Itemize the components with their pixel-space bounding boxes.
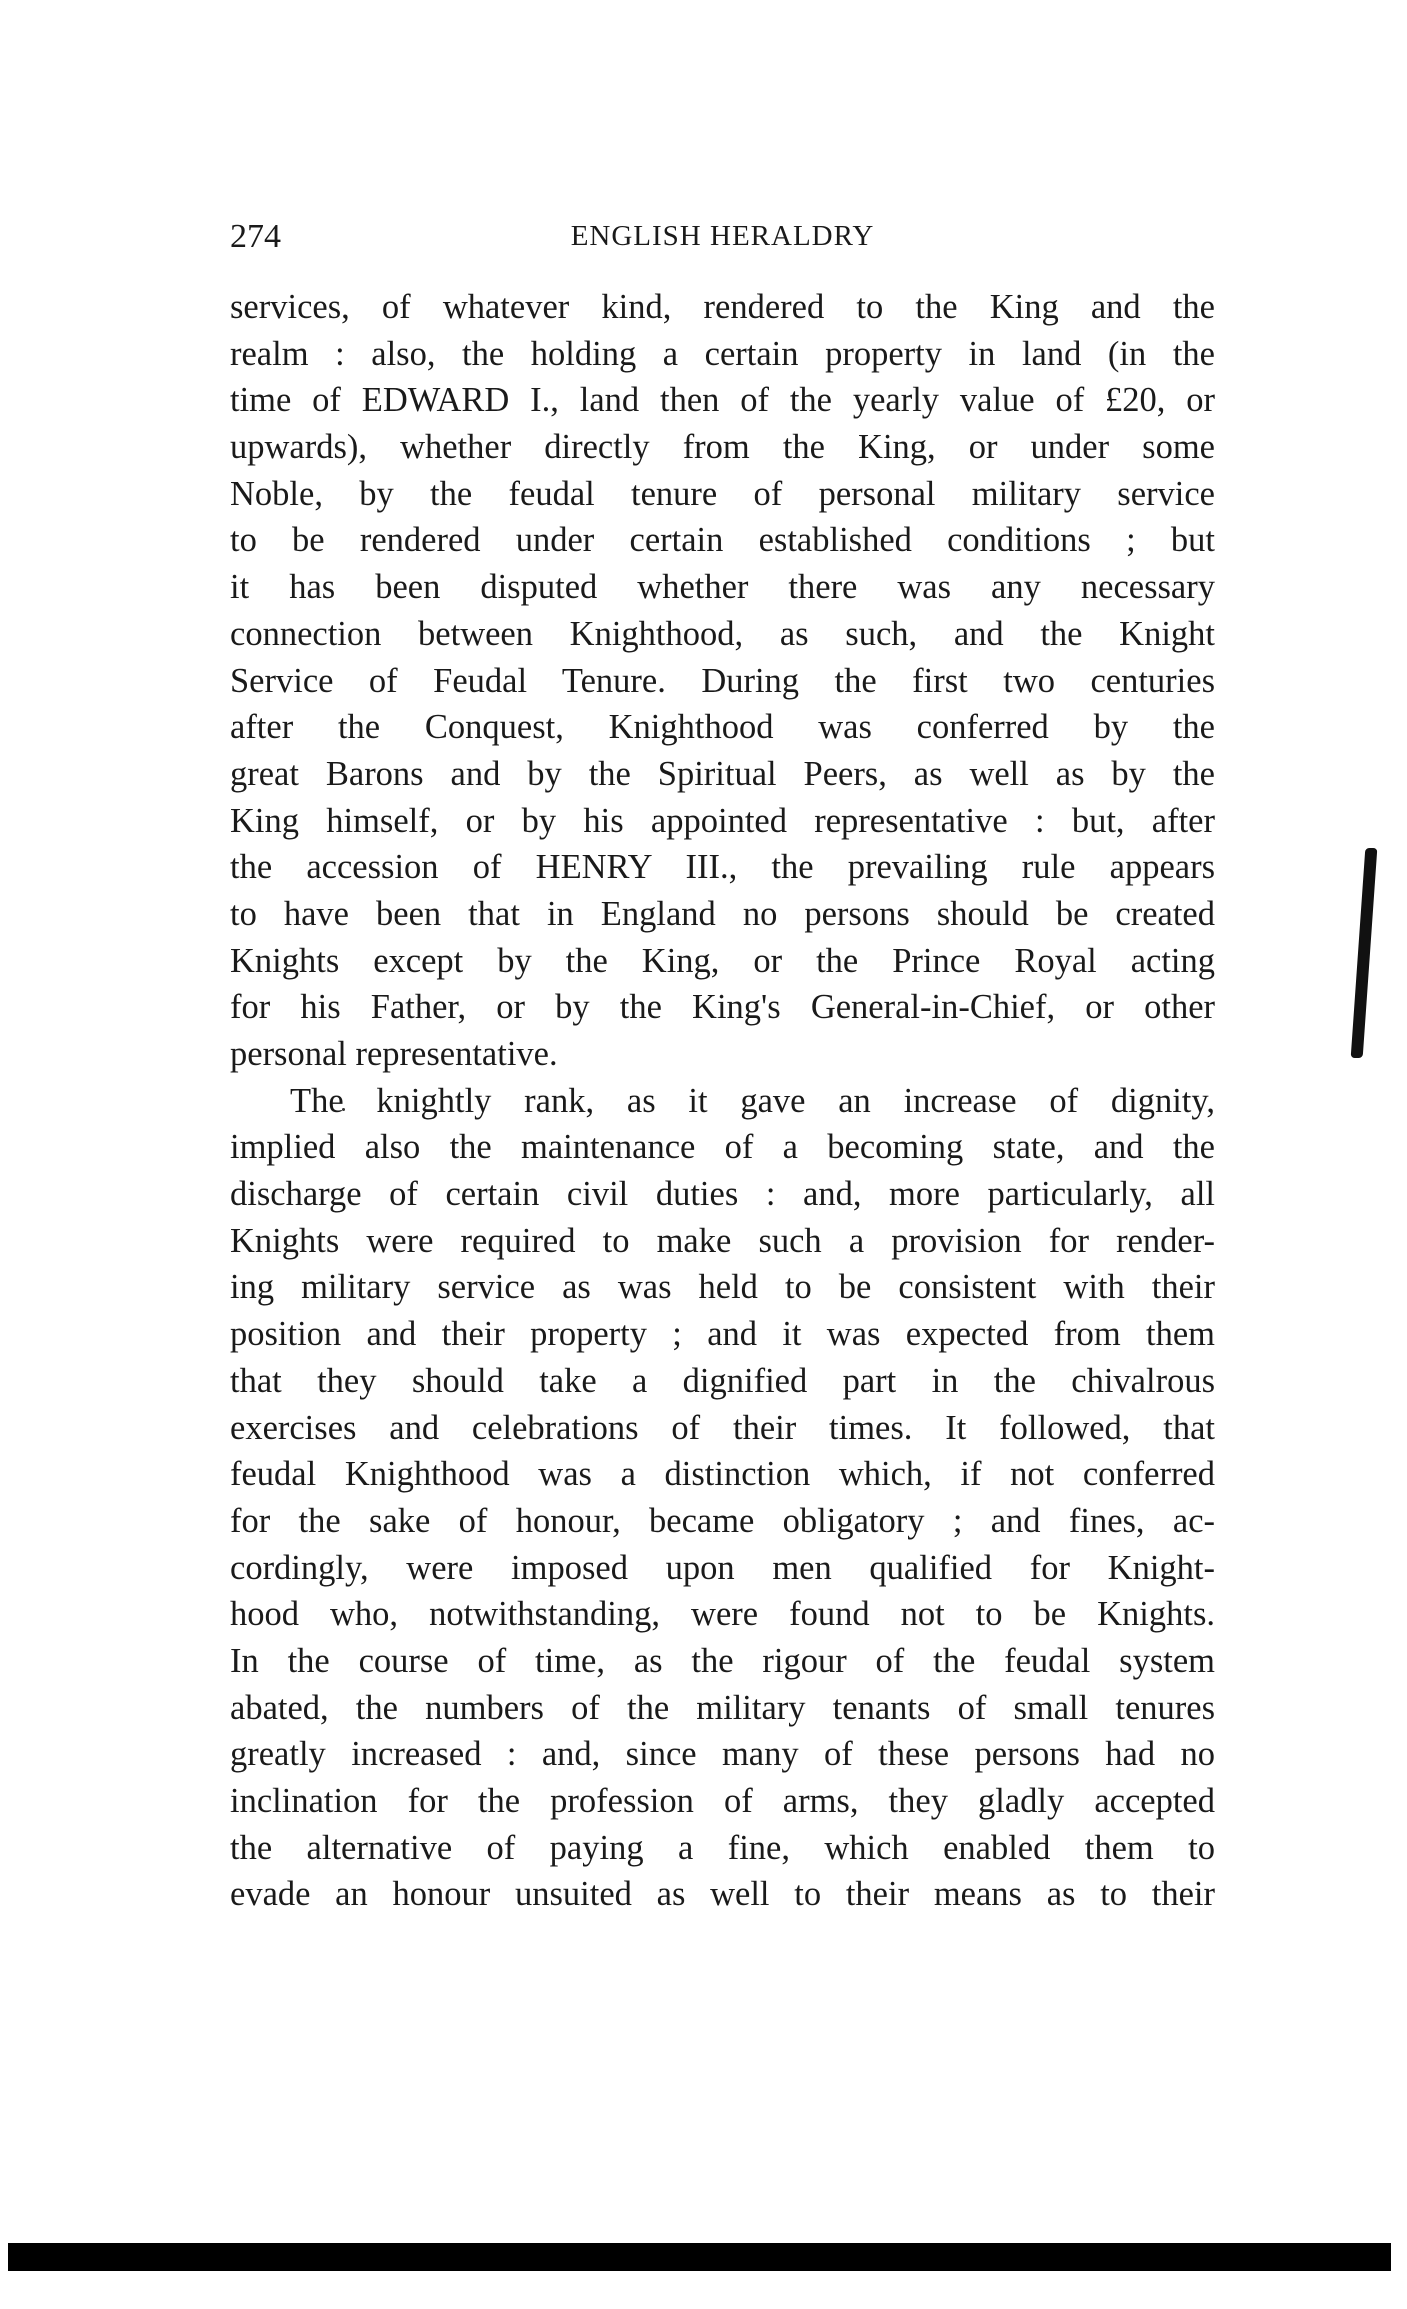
text-line: for his Father, or by the King's General… — [230, 984, 1215, 1031]
text-line: In the course of time, as the rigour of … — [230, 1638, 1215, 1685]
text-line: The knightly rank, as it gave an increas… — [230, 1078, 1215, 1125]
text-line: to have been that in England no persons … — [230, 891, 1215, 938]
scan-speck — [342, 1108, 345, 1111]
text-line: services, of whatever kind, rendered to … — [230, 284, 1215, 331]
text-line: inclination for the profession of arms, … — [230, 1778, 1215, 1825]
text-line: cordingly, were imposed upon men qualifi… — [230, 1545, 1215, 1592]
page-header: 274 ENGLISH HERALDRY — [230, 218, 1215, 258]
text-line: implied also the maintenance of a becomi… — [230, 1124, 1215, 1171]
margin-scan-mark — [1351, 848, 1378, 1058]
text-line: feudal Knighthood was a distinction whic… — [230, 1451, 1215, 1498]
text-line: greatly increased : and, since many of t… — [230, 1731, 1215, 1778]
text-line: Service of Feudal Tenure. During the fir… — [230, 658, 1215, 705]
text-line: after the Conquest, Knighthood was confe… — [230, 704, 1215, 751]
body-text: services, of whatever kind, rendered to … — [230, 284, 1215, 1918]
text-line: ing military service as was held to be c… — [230, 1264, 1215, 1311]
text-line: connection between Knighthood, as such, … — [230, 611, 1215, 658]
scan-bottom-edge-bar — [8, 2243, 1391, 2271]
text-line: the accession of HENRY III., the prevail… — [230, 844, 1215, 891]
text-line: for the sake of honour, became obligator… — [230, 1498, 1215, 1545]
text-line: evade an honour unsuited as well to thei… — [230, 1871, 1215, 1918]
text-line: abated, the numbers of the military tena… — [230, 1685, 1215, 1732]
text-line: it has been disputed whether there was a… — [230, 564, 1215, 611]
text-line: position and their property ; and it was… — [230, 1311, 1215, 1358]
text-line: hood who, notwithstanding, were found no… — [230, 1591, 1215, 1638]
running-title: ENGLISH HERALDRY — [230, 220, 1215, 253]
text-line: great Barons and by the Spiritual Peers,… — [230, 751, 1215, 798]
text-line: King himself, or by his appointed repres… — [230, 798, 1215, 845]
text-line: personal representative. — [230, 1031, 1215, 1078]
text-line: discharge of certain civil duties : and,… — [230, 1171, 1215, 1218]
text-line: upwards), whether directly from the King… — [230, 424, 1215, 471]
text-line: to be rendered under certain established… — [230, 517, 1215, 564]
text-line: Knights except by the King, or the Princ… — [230, 938, 1215, 985]
text-line: that they should take a dignified part i… — [230, 1358, 1215, 1405]
text-line: realm : also, the holding a certain prop… — [230, 331, 1215, 378]
text-line: exercises and celebrations of their time… — [230, 1405, 1215, 1452]
text-line: time of EDWARD I., land then of the year… — [230, 377, 1215, 424]
text-line: the alternative of paying a fine, which … — [230, 1825, 1215, 1872]
text-line: Knights were required to make such a pro… — [230, 1218, 1215, 1265]
text-line: Noble, by the feudal tenure of personal … — [230, 471, 1215, 518]
